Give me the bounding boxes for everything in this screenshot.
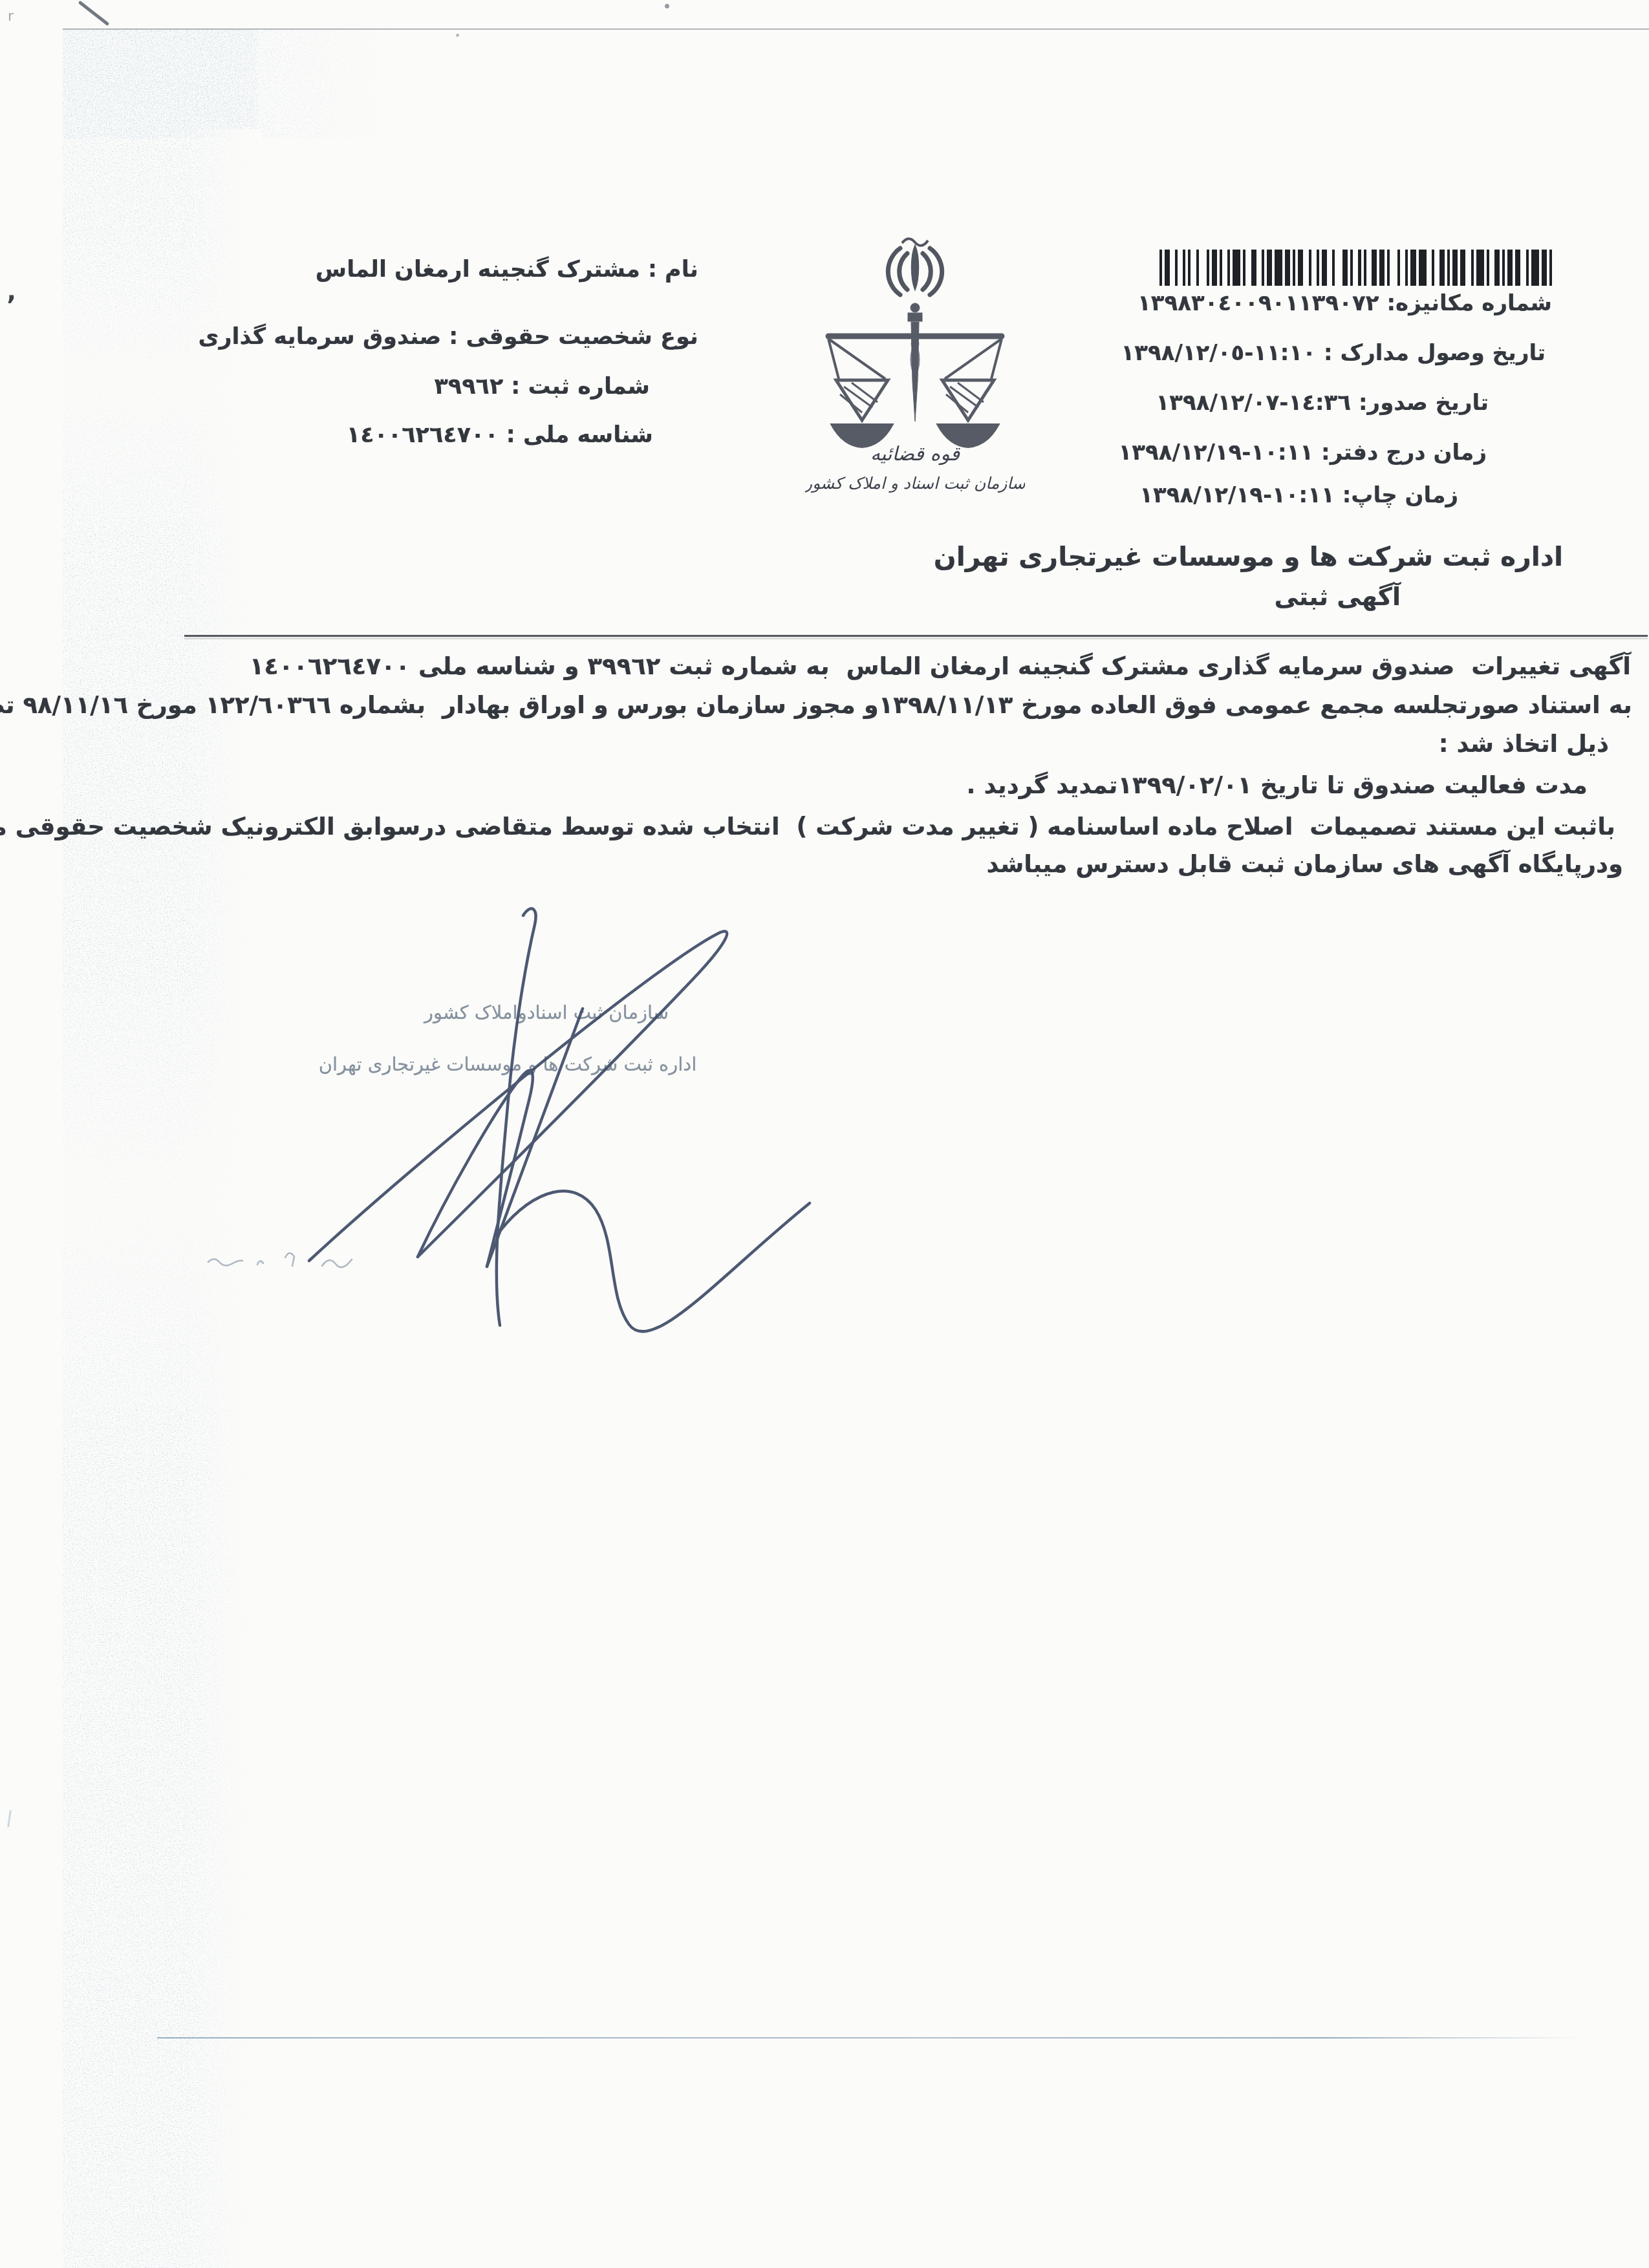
barcode-bar [1220, 250, 1222, 286]
margin-apostrophe-mark: ٬ [6, 290, 16, 322]
barcode-bar [1494, 250, 1500, 286]
signature-scribble [194, 899, 841, 1351]
meta-ledger-entry-time-value: ١٠:١١-١٣٩٨/١٢/١٩ [1118, 440, 1313, 465]
barcode-bar [1452, 250, 1458, 286]
barcode-space [1520, 250, 1525, 286]
barcode-bar [1207, 250, 1209, 286]
meta-issue-date-row: تاریخ صدور:١٤:٣٦-١٣٩٨/١٢/٠٧ [1156, 389, 1489, 417]
barcode-bar [1432, 250, 1434, 286]
justice-scales-icon [828, 303, 1002, 447]
faint-scan-line [157, 2037, 1580, 2038]
barcode-bar [1165, 250, 1170, 286]
barcode-bar [1487, 250, 1489, 286]
barcode-bar [1439, 250, 1445, 286]
barcode-space [1295, 250, 1298, 286]
barcode-bar [1262, 250, 1264, 286]
scanned-document-page: r ٬ نام :مشترک گنجینه ارمغان الماس نوع ش… [0, 0, 1649, 2268]
barcode-bar [1526, 250, 1529, 286]
barcode-space [1353, 250, 1358, 286]
barcode-space [1217, 250, 1220, 286]
entity-name-value: مشترک گنجینه ارمغان الماس [316, 257, 640, 283]
edge-blue-mark [7, 1810, 12, 1827]
barcode-bar [1419, 250, 1427, 286]
entity-name-label: نام : [648, 257, 698, 283]
barcode-space [1162, 250, 1165, 286]
barcode-bar [1293, 250, 1295, 286]
barcode-space [1199, 250, 1207, 286]
barcode-space [1348, 250, 1350, 286]
judiciary-emblem-icon: قوه قضائیه سازمان ثبت اسناد و املاک کشور [805, 233, 1025, 504]
scan-edge-line [63, 28, 1649, 30]
barcode-bar [1309, 250, 1311, 286]
barcode-bar [1542, 250, 1547, 286]
barcode-bar [1350, 250, 1353, 286]
meta-print-time-row: زمان چاپ:١٠:١١-١٣٩٨/١٢/١٩ [1139, 482, 1458, 509]
meta-print-time-value: ١٠:١١-١٣٩٨/١٢/١٩ [1139, 482, 1335, 508]
barcode-space [1385, 250, 1387, 286]
barcode-bar [1342, 250, 1348, 286]
barcode-bar [1317, 250, 1319, 286]
barcode-bar [1275, 250, 1282, 286]
entity-regnumber-value: ٣٩٩٦٢ [435, 374, 504, 400]
barcode-space [1256, 250, 1262, 286]
barcode-bar [1285, 250, 1290, 286]
entity-nationalid-value: ١٤٠٠٦٢٦٤٧٠٠ [347, 422, 499, 448]
barcode-bar [1243, 250, 1245, 286]
scan-speck-dot-1 [665, 4, 669, 8]
scan-speck-dot-2 [456, 34, 459, 37]
meta-receipt-date-label: تاریخ وصول مدارک : [1324, 340, 1546, 366]
notice-line-3: ذیل اتخاذ شد : [1439, 729, 1609, 759]
faint-handwriting-marks [208, 1253, 352, 1267]
barcode-space [1230, 250, 1233, 286]
barcode-space [1547, 250, 1549, 286]
barcode-bar [1188, 250, 1191, 286]
meta-issue-date-value: ١٤:٣٦-١٣٩٨/١٢/٠٧ [1156, 390, 1351, 416]
barcode-bar [1212, 250, 1217, 286]
barcode-space [1335, 250, 1342, 286]
entity-nationalid-label: شناسه ملی : [506, 422, 653, 448]
barcode-bar [1233, 250, 1240, 286]
barcode-bar [1332, 250, 1335, 286]
barcode-bar [1196, 250, 1199, 286]
barcode-bar [1183, 250, 1185, 286]
noise-fade-mid1 [63, 246, 258, 524]
barcode-space [1185, 250, 1188, 286]
notice-line-1: آگهی تغییرات صندوق سرمایه گذاری مشترک گن… [250, 652, 1631, 681]
barcode-bar [1251, 250, 1256, 286]
barcode-bar [1460, 250, 1465, 286]
barcode-space [1513, 250, 1515, 286]
barcode-space [1191, 250, 1196, 286]
office-title: اداره ثبت شرکت ها و موسسات غیرتجاری تهرا… [934, 540, 1563, 573]
barcode-space [1303, 250, 1308, 286]
meta-mechanized-number-value: ١٣٩٨٣٠٤٠٠٩٠١١٣٩٠٧٢ [1137, 290, 1379, 316]
barcode-space [1264, 250, 1267, 286]
barcode-space [1450, 250, 1452, 286]
barcode-space [1327, 250, 1332, 286]
barcode-space [1390, 250, 1397, 286]
barcode-space [1319, 250, 1322, 286]
barcode-space [1505, 250, 1507, 286]
barcode-bar [1405, 250, 1408, 286]
barcode-bar [1364, 250, 1366, 286]
barcode-bar [1267, 250, 1272, 286]
iran-emblem-icon [888, 239, 942, 295]
barcode-space [1245, 250, 1251, 286]
notice-line-5: باثبت این مستند تصمیمات اصلاح ماده اساسن… [0, 812, 1615, 842]
barcode-bar [1531, 250, 1539, 286]
barcode-bar [1227, 250, 1230, 286]
barcode-space [1209, 250, 1212, 286]
barcode-bar [1515, 250, 1520, 286]
barcode-space [1529, 250, 1531, 286]
barcode-space [1458, 250, 1460, 286]
entity-type-value: صندوق سرمایه گذاری [198, 324, 441, 350]
meta-ledger-entry-time-label: زمان درج دفتر: [1321, 440, 1487, 465]
scan-speck-dash [78, 1, 110, 27]
entity-regnumber-row: شماره ثبت :٣٩٩٦٢ [435, 373, 651, 401]
barcode-space [1400, 250, 1405, 286]
barcode-space [1465, 250, 1471, 286]
barcode-space [1361, 250, 1364, 286]
barcode-space [1489, 250, 1494, 286]
notice-line-4: مدت فعالیت صندوق تا تاریخ ١٣٩٩/٠٢/٠١تمدی… [967, 771, 1588, 800]
barcode-bar [1549, 250, 1552, 286]
barcode-bar [1476, 250, 1484, 286]
emblem-title: قوه قضائیه [870, 443, 961, 465]
barcode-bar [1387, 250, 1390, 286]
notice-line-2: به استناد صورتجلسه مجمع عمومی فوق العاده… [0, 690, 1632, 720]
barcode-bar [1175, 250, 1178, 286]
entity-regnumber-label: شماره ثبت : [511, 374, 650, 400]
meta-mechanized-number-row: شماره مکانیزه:١٣٩٨٣٠٤٠٠٩٠١١٣٩٠٧٢ [1137, 290, 1552, 317]
barcode-bar [1159, 250, 1162, 286]
notice-line-6: ودرپایگاه آگهی های سازمان ثبت قابل دسترس… [987, 850, 1623, 879]
registry-notice-title: آگهی ثبتی [1274, 582, 1401, 613]
barcode-space [1282, 250, 1285, 286]
barcode-space [1311, 250, 1317, 286]
barcode-bar [1447, 250, 1450, 286]
divider-rule [184, 635, 1648, 637]
barcode-space [1377, 250, 1379, 286]
barcode-bar [1372, 250, 1377, 286]
barcode-bar [1507, 250, 1513, 286]
entity-type-row: نوع شخصیت حقوقی :صندوق سرمایه گذاری [198, 323, 698, 352]
barcode-bar [1322, 250, 1327, 286]
barcode [1159, 250, 1552, 286]
meta-ledger-entry-time-row: زمان درج دفتر:١٠:١١-١٣٩٨/١٢/١٩ [1118, 439, 1487, 467]
barcode-space [1539, 250, 1542, 286]
meta-mechanized-number-label: شماره مکانیزه: [1386, 290, 1552, 316]
meta-receipt-date-row: تاریخ وصول مدارک :١١:١٠-١٣٩٨/١٢/٠٥ [1121, 339, 1546, 367]
meta-print-time-label: زمان چاپ: [1342, 482, 1458, 508]
barcode-bar [1471, 250, 1474, 286]
barcode-bar [1298, 250, 1303, 286]
meta-receipt-date-value: ١١:١٠-١٣٩٨/١٢/٠٥ [1121, 340, 1316, 366]
barcode-space [1240, 250, 1243, 286]
entity-nationalid-row: شناسه ملی :١٤٠٠٦٢٦٤٧٠٠ [347, 422, 653, 450]
barcode-bar [1379, 250, 1385, 286]
emblem-subtitle: سازمان ثبت اسناد و املاک کشور [805, 474, 1025, 493]
barcode-space [1178, 250, 1183, 286]
barcode-space [1408, 250, 1410, 286]
barcode-space [1272, 250, 1275, 286]
barcode-space [1170, 250, 1175, 286]
barcode-space [1500, 250, 1502, 286]
barcode-space [1445, 250, 1447, 286]
entity-type-label: نوع شخصیت حقوقی : [449, 324, 698, 350]
barcode-space [1474, 250, 1476, 286]
barcode-space [1416, 250, 1419, 286]
barcode-space [1290, 250, 1293, 286]
barcode-space [1366, 250, 1372, 286]
barcode-bar [1410, 250, 1416, 286]
barcode-bar [1502, 250, 1505, 286]
barcode-space [1427, 250, 1432, 286]
barcode-space [1434, 250, 1439, 286]
entity-name-row: نام :مشترک گنجینه ارمغان الماس [316, 256, 698, 284]
noise-fade-right-top [233, 28, 427, 140]
meta-issue-date-label: تاریخ صدور: [1359, 390, 1489, 416]
barcode-space [1222, 250, 1227, 286]
barcode-space [1484, 250, 1487, 286]
barcode-bar [1397, 250, 1400, 286]
barcode-bar [1358, 250, 1361, 286]
scan-speck-corner: r [8, 8, 14, 26]
